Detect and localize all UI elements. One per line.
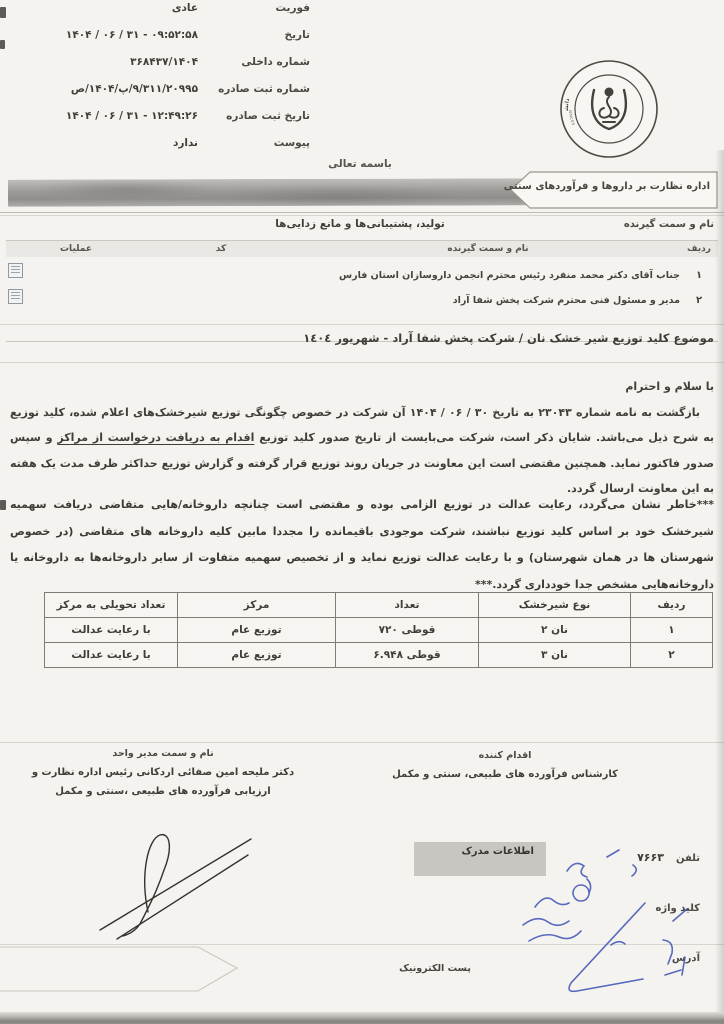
email-label: پست الکترونیک (380, 963, 490, 974)
department-banner-title: اداره نظارت بر داروها و فرآوردهای سنتی (532, 181, 710, 192)
dist-col-milk-type: نوع شیرخشک (479, 593, 631, 618)
university-logo: دانشگاه علوم پزشکی و خدمات بهداشتی درمان… (556, 56, 662, 162)
recipients-col-row: ردیف (680, 244, 718, 254)
cell-delivered: با رعایت عدالت (45, 643, 178, 668)
meta-label-internal-number: شماره داخلی (198, 56, 310, 68)
bismillah-text: باسمه تعالی (290, 158, 430, 170)
action-officer-title: اقدام کننده (388, 750, 622, 761)
salutation: با سلام و احترام (10, 374, 714, 400)
divider-line (0, 362, 724, 363)
scan-speck (0, 500, 6, 510)
action-officer-name: کارشناس فرآورده های طبیعی، سنتی و مکمل (388, 769, 622, 780)
distribution-header-row: ردیف نوع شیرخشک تعداد مرکز تعداد تحویلی … (45, 593, 713, 618)
scan-speck (0, 40, 5, 49)
cell-milk-type: نان ۲ (479, 618, 631, 643)
banner-gradient-bar (8, 178, 543, 206)
body-paragraph-2: ***خاطر نشان می‌گردد، رعایت عدالت در توز… (10, 492, 714, 598)
subject-text: کلید توزیع شیر خشک نان / شرکت پخش شفا آر… (303, 331, 669, 345)
recipients-col-ops: عملیات (6, 244, 146, 254)
meta-value-urgency: عادی (0, 2, 198, 14)
paragraph-text: بازگشت به نامه شماره ۲۳۰۴۳ به تاریخ ۳۰ /… (10, 400, 714, 502)
cell-delivered: با رعایت عدالت (45, 618, 178, 643)
recipients-col-code: کد (146, 244, 296, 254)
meta-label-outgoing-number: شماره ثبت صادره (198, 83, 310, 95)
recipients-col-name: نام و سمت گیرنده (296, 244, 680, 254)
dist-col-delivered: تعداد تحویلی به مرکز (45, 593, 178, 618)
meta-label-date: تاریخ (198, 29, 310, 41)
letter-meta-block: فوریت عادی تاریخ ۱۴۰۴ / ۰۶ / ۳۱ - ۰۹:۵۲:… (0, 2, 310, 149)
dist-col-count: تعداد (336, 593, 479, 618)
meta-value-outgoing-date: ۱۴۰۴ / ۰۶ / ۳۱ - ۱۲:۴۹:۲۶ (0, 110, 198, 122)
recipients-table: ردیف نام و سمت گیرنده کد عملیات ۱ جناب آ… (6, 240, 718, 342)
action-officer-block: اقدام کننده کارشناس فرآورده های طبیعی، س… (388, 750, 622, 780)
body-paragraph-1: با سلام و احترام بازگشت به نامه شماره ۲۳… (10, 374, 714, 502)
subject-label: موضوع (673, 331, 714, 345)
meta-value-outgoing-number: ص/۱۴۰۴/پ/۹/۳۱۱/۲۰۹۹۵ (0, 83, 198, 95)
dist-col-center: مرکز (178, 593, 336, 618)
unit-manager-title: نام و سمت مدیر واحد (12, 748, 314, 759)
handwritten-signature (90, 812, 260, 942)
distribution-table: ردیف نوع شیرخشک تعداد مرکز تعداد تحویلی … (44, 592, 713, 668)
unit-manager-name: دکتر ملیحه امین صفائی اردکانی رئیس اداره… (12, 763, 314, 801)
table-row: ۲ نان ۳ ۶.۹۴۸ قوطی توزیع عام با رعایت عد… (45, 643, 713, 668)
recipient-number: ۲ (680, 295, 718, 306)
underlined-phrase: اقدام به دریافت درخواست از مراکز (57, 431, 254, 444)
cell-center: توزیع عام (178, 643, 336, 668)
recipients-section-label: نام و سمت گیرنده (624, 219, 714, 230)
recipients-table-header: ردیف نام و سمت گیرنده کد عملیات (6, 241, 718, 257)
divider-line (0, 324, 724, 325)
meta-value-date: ۱۴۰۴ / ۰۶ / ۳۱ - ۰۹:۵۲:۵۸ (0, 29, 198, 41)
unit-manager-block: نام و سمت مدیر واحد دکتر ملیحه امین صفائ… (12, 748, 314, 801)
scan-edge-shadow (715, 150, 724, 1012)
divider-line (0, 215, 724, 216)
cell-count: ۷۲۰ قوطی (336, 618, 479, 643)
subject-line: موضوع​ کلید توزیع شیر خشک نان / شرکت پخش… (303, 331, 714, 345)
meta-label-attachment: پیوست (198, 137, 310, 149)
recipients-section-subtitle: تولید، پشتیبانی‌ها و مانع زدایی‌ها (240, 218, 480, 230)
divider-line (0, 212, 724, 213)
cell-milk-type: نان ۳ (479, 643, 631, 668)
cell-center: توزیع عام (178, 618, 336, 643)
cell-row-number: ۱ (631, 618, 713, 643)
dist-col-row: ردیف (631, 593, 713, 618)
table-row: ۱ نان ۲ ۷۲۰ قوطی توزیع عام با رعایت عدال… (45, 618, 713, 643)
meta-label-urgency: فوریت (198, 2, 310, 14)
recipient-row: ۱ جناب آقای دکتر محمد منفرد رئیس محترم ا… (6, 263, 718, 288)
cell-row-number: ۲ (631, 643, 713, 668)
scan-speck (0, 7, 6, 18)
scan-bottom-edge (0, 1012, 724, 1024)
cell-count: ۶.۹۴۸ قوطی (336, 643, 479, 668)
meta-value-internal-number: ۳۶۸۴۳۷/۱۴۰۴ (0, 56, 198, 68)
recipient-name: مدیر و مسئول فنی محترم شرکت پخش شفا آراد (194, 295, 680, 306)
list-icon[interactable] (8, 263, 23, 278)
recipient-name: جناب آقای دکتر محمد منفرد رئیس محترم انج… (194, 270, 680, 281)
recipient-number: ۱ (680, 270, 718, 281)
list-icon[interactable] (8, 289, 23, 304)
recipient-row: ۲ مدیر و مسئول فنی محترم شرکت پخش شفا آر… (6, 288, 718, 313)
divider-line (0, 742, 724, 743)
meta-label-outgoing-date: تاریخ ثبت صادره (198, 110, 310, 122)
scanned-letter-page: فوریت عادی تاریخ ۱۴۰۴ / ۰۶ / ۳۱ - ۰۹:۵۲:… (0, 0, 724, 1024)
blue-ink-annotation (515, 845, 720, 1003)
address-arrow-outline (0, 942, 245, 994)
meta-value-attachment: ندارد (0, 137, 198, 149)
